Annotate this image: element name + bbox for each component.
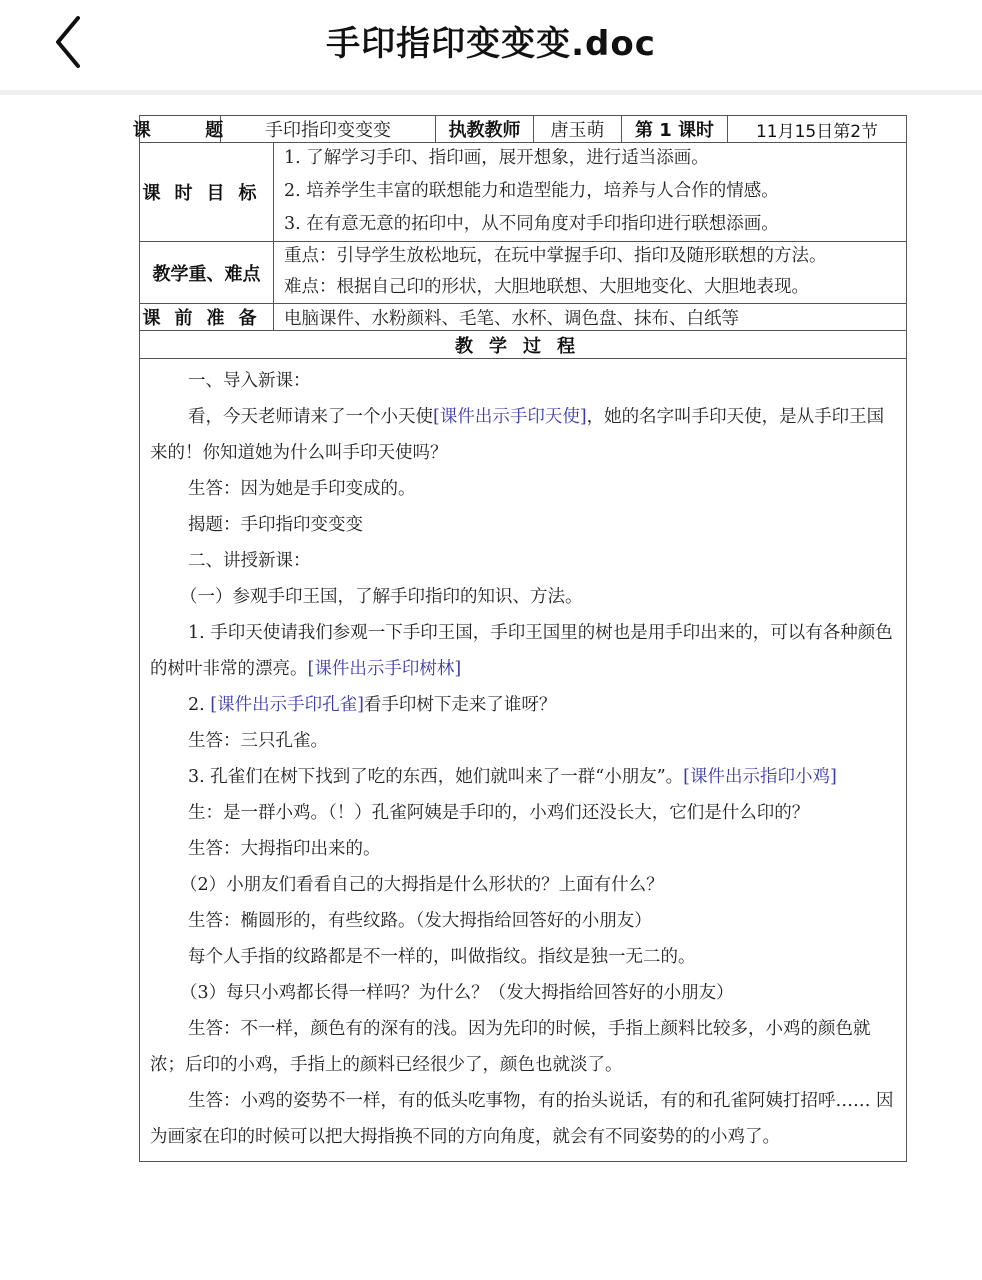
key-points-list: 重点：引导学生放松地玩，在玩中掌握手印、指印及随形联想的方法。 难点：根据自己印… [274, 242, 906, 303]
header-divider [0, 90, 982, 95]
preparation-row: 课前准备 电脑课件、水粉颜料、毛笔、水杯、调色盘、抹布、白纸等 [140, 304, 906, 331]
key-points-row: 教学重、难点 重点：引导学生放松地玩，在玩中掌握手印、指印及随形联想的方法。 难… [140, 242, 906, 304]
paragraph: 每个人手指的纹路都是不一样的，叫做指纹。指纹是独一无二的。 [150, 939, 896, 975]
goals-label: 课时目标 [140, 143, 274, 241]
text: 看手印树下走来了谁呀？ [364, 695, 557, 715]
info-row: 课 题 手印指印变变变 执教教师 唐玉萌 第 1 课时 11月15日第2节 [140, 116, 906, 143]
courseware-link[interactable]: [课件出示手印天使] [433, 407, 587, 427]
paragraph: 3. 孔雀们在树下找到了吃的东西，她们就叫来了一群“小朋友”。[课件出示指印小鸡… [150, 759, 896, 795]
text: 1. 手印天使请我们参观一下手印王国，手印王国里的树也是用手印出来的，可以有各种… [150, 623, 893, 679]
text: 3. 孔雀们在树下找到了吃的东西，她们就叫来了一群“小朋友”。 [188, 767, 683, 787]
courseware-link[interactable]: [课件出示指印小鸡] [683, 767, 837, 787]
paragraph: 生答：大拇指印出来的。 [150, 831, 896, 867]
paragraph: 生答：三只孔雀。 [150, 723, 896, 759]
paragraph: 生答：小鸡的姿势不一样，有的低头吃事物，有的抬头说话，有的和孔雀阿姨打招呼…… … [150, 1083, 896, 1155]
paragraph: 揭题：手印指印变变变 [150, 507, 896, 543]
top-bar: 手印指印变变变.doc [0, 0, 982, 90]
paragraph: 2. [课件出示手印孔雀]看手印树下走来了谁呀？ [150, 687, 896, 723]
text: 看，今天老师请来了一个小天使 [188, 407, 433, 427]
process-body: 一、导入新课： 看，今天老师请来了一个小天使[课件出示手印天使]，她的名字叫手印… [140, 359, 906, 1161]
subsection-heading: （一）参观手印王国，了解手印指印的知识、方法。 [150, 579, 896, 615]
courseware-link[interactable]: [课件出示手印树林] [308, 659, 462, 679]
lesson-plan-table: 课 题 手印指印变变变 执教教师 唐玉萌 第 1 课时 11月15日第2节 课时… [139, 115, 907, 1162]
paragraph: 看，今天老师请来了一个小天使[课件出示手印天使]，她的名字叫手印天使，是从手印王… [150, 399, 896, 471]
paragraph: 生：是一群小鸡。（！）孔雀阿姨是手印的，小鸡们还没长大，它们是什么印的？ [150, 795, 896, 831]
paragraph: 生答：不一样，颜色有的深有的浅。因为先印的时候，手指上颜料比较多，小鸡的颜色就浓… [150, 1011, 896, 1083]
preparation-value: 电脑课件、水粉颜料、毛笔、水杯、调色盘、抹布、白纸等 [274, 304, 906, 330]
paragraph: 1. 手印天使请我们参观一下手印王国，手印王国里的树也是用手印出来的，可以有各种… [150, 615, 896, 687]
goals-list: 1. 了解学习手印、指印画，展开想象，进行适当添画。 2. 培养学生丰富的联想能… [274, 143, 906, 241]
paragraph: 生答：因为她是手印变成的。 [150, 471, 896, 507]
goal-item: 2. 培养学生丰富的联想能力和造型能力，培养与人合作的情感。 [284, 176, 906, 209]
key-points-label: 教学重、难点 [140, 242, 274, 303]
text: 2. [188, 695, 210, 715]
paragraph: （3）每只小鸡都长得一样吗？为什么？（发大拇指给回答好的小朋友） [150, 975, 896, 1011]
date-value: 11月15日第2节 [728, 116, 906, 142]
courseware-link[interactable]: [课件出示手印孔雀] [210, 695, 364, 715]
teacher-value: 唐玉萌 [534, 116, 622, 142]
goal-item: 3. 在有意无意的拓印中，从不同角度对手印指印进行联想添画。 [284, 209, 906, 242]
process-heading-row: 教学过程 [140, 331, 906, 359]
preparation-label: 课前准备 [140, 304, 274, 330]
key-point-item: 难点：根据自己印的形状，大胆地联想、大胆地变化、大胆地表现。 [284, 273, 906, 304]
document-title: 手印指印变变变.doc [0, 16, 982, 65]
topic-value: 手印指印变变变 [221, 116, 436, 142]
key-point-item: 重点：引导学生放松地玩，在玩中掌握手印、指印及随形联想的方法。 [284, 242, 906, 273]
process-heading: 教学过程 [140, 331, 906, 358]
teacher-label: 执教教师 [436, 116, 534, 142]
goal-item: 1. 了解学习手印、指印画，展开想象，进行适当添画。 [284, 143, 906, 176]
lesson-label: 第 1 课时 [622, 116, 728, 142]
topic-label: 课 题 [140, 116, 221, 142]
section-heading: 一、导入新课： [150, 363, 896, 399]
paragraph: （2）小朋友们看看自己的大拇指是什么形状的？上面有什么？ [150, 867, 896, 903]
goals-row: 课时目标 1. 了解学习手印、指印画，展开想象，进行适当添画。 2. 培养学生丰… [140, 143, 906, 242]
paragraph: 生答：椭圆形的，有些纹路。（发大拇指给回答好的小朋友） [150, 903, 896, 939]
section-heading: 二、讲授新课： [150, 543, 896, 579]
